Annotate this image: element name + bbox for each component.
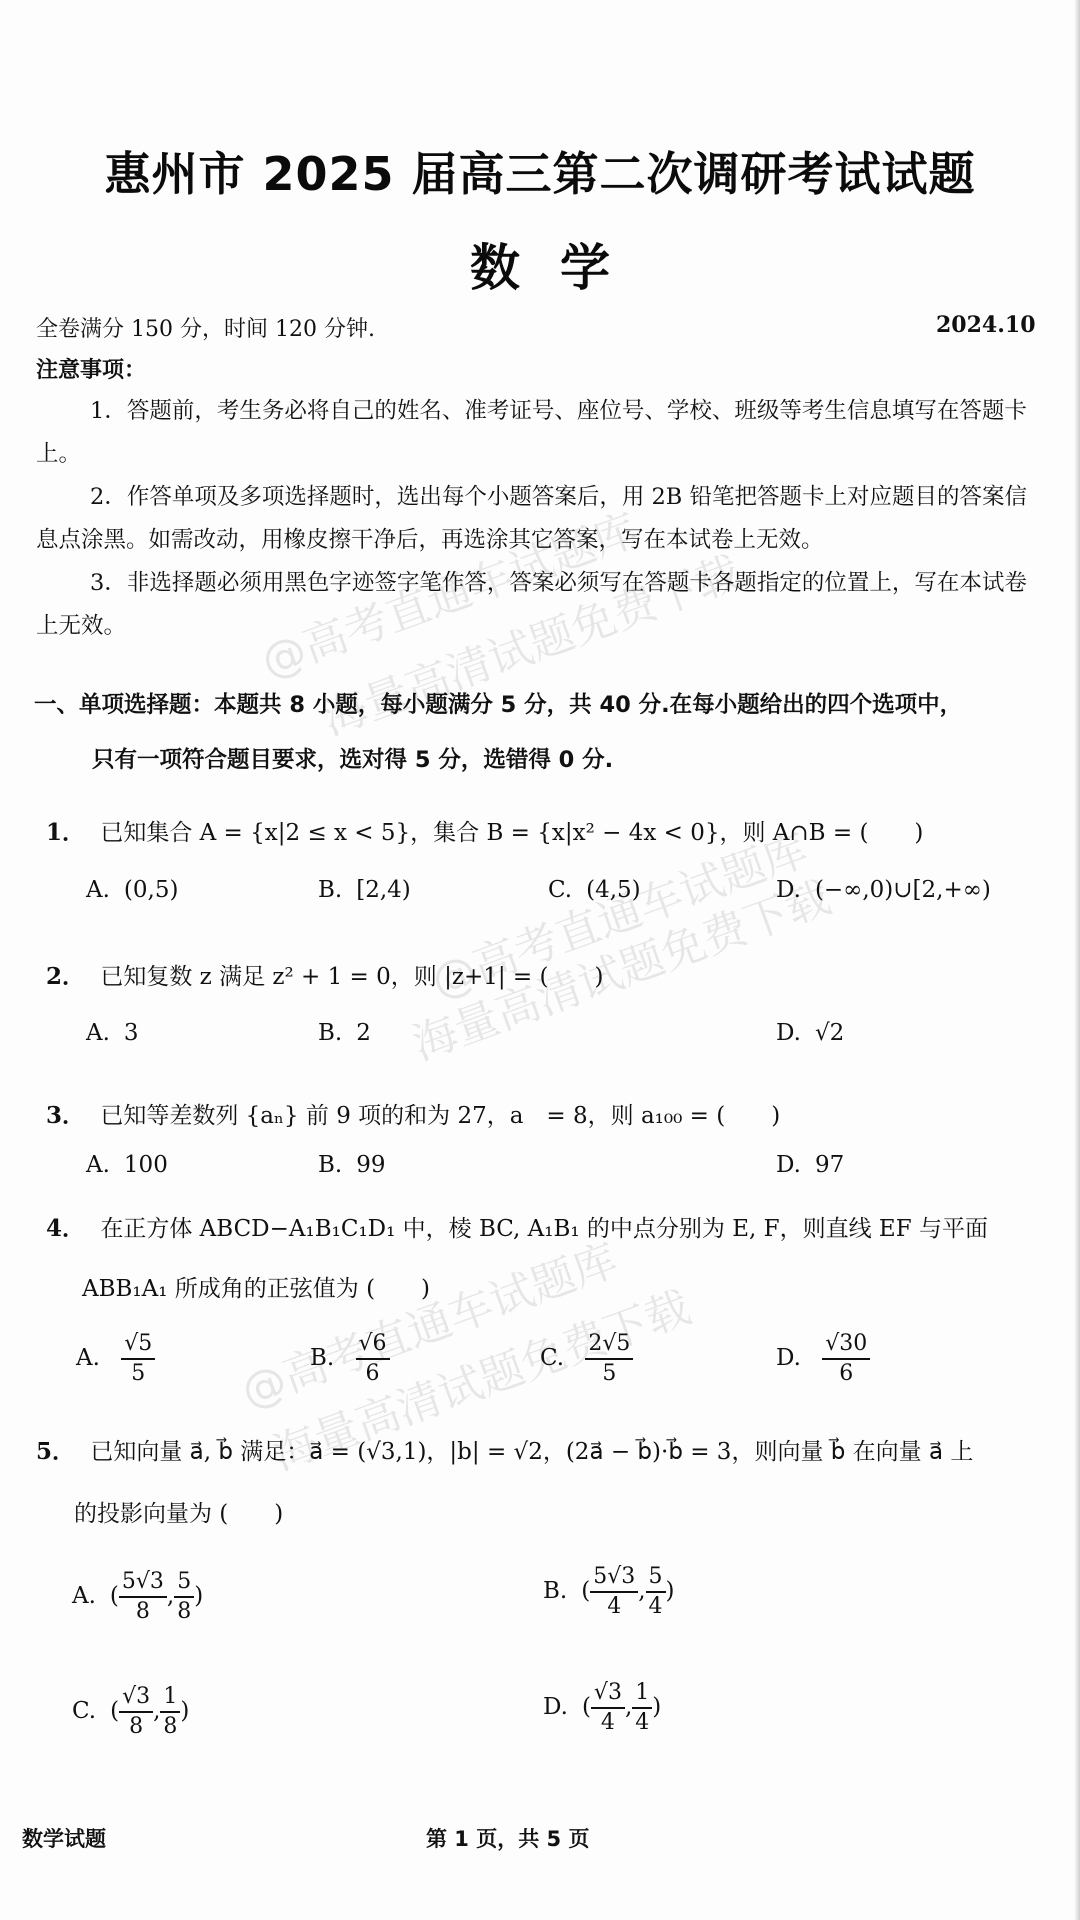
footer-page-number: 第 1 页，共 5 页 <box>426 1823 589 1853</box>
question-number: 1． <box>46 819 85 846</box>
q1-option-b[interactable]: B.[2,4) <box>318 877 411 903</box>
fraction: 54 <box>646 1563 666 1621</box>
q3-option-a[interactable]: A.100 <box>86 1152 168 1178</box>
question-1: 1． 已知集合 A = {x|2 ≤ x < 5}，集合 B = {x|x² −… <box>46 814 923 847</box>
fraction: 14 <box>632 1679 652 1737</box>
question-number: 3． <box>46 1102 85 1129</box>
notice-item-2: 2．作答单项及多项选择题时，选出每个小题答案后，用 2B 铅笔把答题卡上对应题目… <box>36 476 1046 562</box>
section-1-instructions: 一、单项选择题：本题共 8 小题，每小题满分 5 分，共 40 分.在每小题给出… <box>34 678 1054 788</box>
fraction: 5√38 <box>119 1568 167 1626</box>
notice-heading: 注意事项： <box>36 353 146 384</box>
question-4: 4． 在正方体 ABCD−A₁B₁C₁D₁ 中，棱 BC, A₁B₁ 的中点分别… <box>46 1210 988 1243</box>
question-number: 2． <box>46 963 85 990</box>
fraction: 58 <box>174 1568 194 1626</box>
fraction: 2√55 <box>585 1330 633 1388</box>
q4-option-c[interactable]: C. 2√55 <box>540 1330 633 1388</box>
notice-item-1: 1．答题前，考生务必将自己的姓名、准考证号、座位号、学校、班级等考生信息填写在答… <box>36 390 1046 476</box>
q1-option-c[interactable]: C.(4,5) <box>548 877 641 903</box>
exam-page: @高考直通车试题库 海量高清试题免费下载 @高考直通车试题库 海量高清试题免费下… <box>0 0 1080 1920</box>
watermark-line1: @高考直通车试题库 <box>231 1224 625 1420</box>
fraction: √34 <box>591 1679 625 1737</box>
question-stem: 已知集合 A = {x|2 ≤ x < 5}，集合 B = {x|x² − 4x… <box>100 820 923 846</box>
q2-option-d[interactable]: D.√2 <box>776 1020 844 1046</box>
question-stem: 已知等差数列 {aₙ} 前 9 项的和为 27，a = 8，则 a₁₀₀ = (… <box>100 1103 780 1129</box>
q3-option-d[interactable]: D.97 <box>776 1152 844 1178</box>
question-4-line2: ABB₁A₁ 所成角的正弦值为 ( ) <box>82 1270 430 1303</box>
exam-date: 2024.10 <box>936 312 1036 338</box>
footer-subject: 数学试题 <box>22 1823 106 1853</box>
q1-option-d[interactable]: D.(−∞,0)∪[2,+∞) <box>776 877 991 903</box>
q5-option-a[interactable]: A.(5√38,58) <box>72 1568 203 1626</box>
page-edge-shadow <box>1074 0 1080 1920</box>
question-5: 5． 已知向量 a⃗, b⃗ 满足：a⃗ = (√3,1)，|b| = √2，(… <box>36 1433 973 1466</box>
question-stem-line1: 在正方体 ABCD−A₁B₁C₁D₁ 中，棱 BC, A₁B₁ 的中点分别为 E… <box>100 1216 988 1242</box>
q1-option-a[interactable]: A.(0,5) <box>86 877 178 903</box>
question-stem-line1: 已知向量 a⃗, b⃗ 满足：a⃗ = (√3,1)，|b| = √2，(2a⃗… <box>90 1439 973 1465</box>
q4-option-b[interactable]: B. √66 <box>310 1330 390 1388</box>
q2-option-a[interactable]: A.3 <box>86 1020 139 1046</box>
section-1-line1: 一、单项选择题：本题共 8 小题，每小题满分 5 分，共 40 分.在每小题给出… <box>34 692 962 718</box>
question-2: 2． 已知复数 z 满足 z² + 1 = 0，则 |z+1| = ( ) <box>46 958 603 991</box>
q4-option-a[interactable]: A. √55 <box>76 1330 155 1388</box>
fraction: √38 <box>119 1683 153 1741</box>
question-number: 4． <box>46 1215 85 1242</box>
fraction: √55 <box>121 1330 155 1388</box>
q5-option-d[interactable]: D.(√34,14) <box>543 1679 661 1737</box>
q5-option-c[interactable]: C.(√38,18) <box>72 1683 189 1741</box>
q2-option-b[interactable]: B.2 <box>318 1020 371 1046</box>
fraction: 5√34 <box>590 1563 638 1621</box>
q4-option-d[interactable]: D. √306 <box>776 1330 870 1388</box>
fraction: √66 <box>356 1330 390 1388</box>
question-5-line2: 的投影向量为 ( ) <box>74 1495 283 1528</box>
q3-option-b[interactable]: B.99 <box>318 1152 386 1178</box>
subject-title: 数学 <box>0 228 1080 300</box>
section-1-line2: 只有一项符合题目要求，选对得 5 分，选错得 0 分. <box>34 733 1054 788</box>
fraction: 18 <box>160 1683 180 1741</box>
fraction: √306 <box>822 1330 870 1388</box>
question-number: 5． <box>36 1438 75 1465</box>
question-stem: 已知复数 z 满足 z² + 1 = 0，则 |z+1| = ( ) <box>100 964 603 990</box>
notice-item-3: 3．非选择题必须用黑色字迹签字笔作答，答案必须写在答题卡各题指定的位置上，写在本… <box>36 562 1046 648</box>
exam-title: 惠州市 2025 届高三第二次调研考试试题 <box>0 138 1080 204</box>
question-3: 3． 已知等差数列 {aₙ} 前 9 项的和为 27，a = 8，则 a₁₀₀ … <box>46 1097 780 1130</box>
q5-option-b[interactable]: B.(5√34,54) <box>543 1563 675 1621</box>
score-time-info: 全卷满分 150 分，时间 120 分钟. <box>36 312 375 343</box>
